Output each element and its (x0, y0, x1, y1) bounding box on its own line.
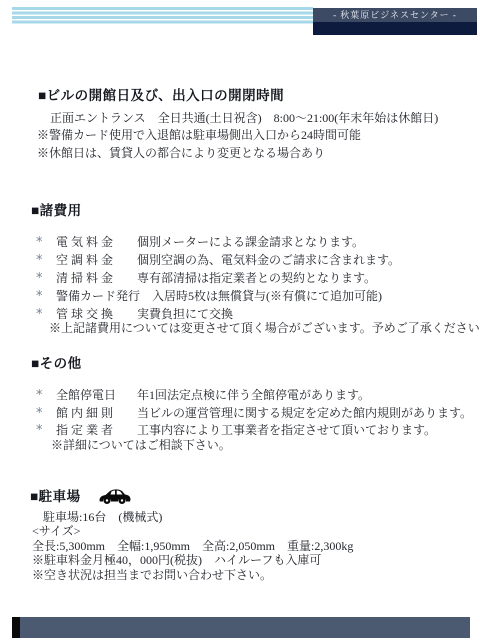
car-icon (98, 487, 132, 510)
hours-text: 正面エントランス 全日共通(土日祝含) 8:00～21:00(年末年始は休館日)… (37, 110, 438, 162)
other-desc: 当ビルの運営管理に関する規定を定めた館内規則があります。 (137, 405, 472, 423)
fee-desc: 個別メーターによる課金請求となります。 (137, 233, 364, 251)
section-heading-fees: ■諸費用 (31, 199, 82, 219)
other-label: 館 内 細 則 (56, 405, 125, 423)
bullet-asterisk-icon: * (36, 387, 56, 405)
section-heading-other: ■その他 (31, 352, 82, 372)
parking-line-fee: ※駐車料金月極40，000円(税抜) ハイルーフも入庫可 (32, 553, 353, 567)
section-heading-hours: ■ビルの開館日及び、出入口の開閉時間 (38, 84, 284, 104)
bullet-asterisk-icon: * (36, 405, 56, 423)
list-item: * 空 調 料 金 個別空調の為、電気料金のご請求に含まれます。 (36, 251, 400, 269)
parking-line-size-header: <サイズ> (32, 524, 353, 538)
parking-line-dimensions: 全長:5,300mm 全幅:1,950mm 全高:2,050mm 重量:2,30… (32, 539, 353, 553)
other-list: * 全館停電日 年1回法定点検に伴う全館停電があります。 * 館 内 細 則 当… (36, 387, 472, 440)
fee-desc: 入居時5枚は無償貸与(※有償にて追加可能) (152, 287, 382, 305)
footer-bar-decoration (12, 617, 470, 638)
other-note: ※詳細についてはご相談下さい。 (51, 436, 231, 453)
hours-line-closed: ※休館日は、賃貸人の都合により変更となる場合あり (37, 145, 438, 162)
bullet-asterisk-icon: * (36, 270, 56, 288)
hours-line-card: ※警備カード使用で入退館は駐車場側出入口から24時間可能 (37, 127, 438, 144)
other-label: 全館停電日 (56, 387, 125, 405)
list-item: * 館 内 細 則 当ビルの運営管理に関する規定を定めた館内規則があります。 (36, 405, 472, 423)
other-desc: 年1回法定点検に伴う全館停電があります。 (137, 387, 370, 405)
parking-line-availability: ※空き状況は担当までお問い合わせ下さい。 (32, 568, 353, 582)
footer-accent-block (12, 617, 20, 638)
bullet-asterisk-icon: * (36, 288, 56, 306)
fee-label: 空 調 料 金 (56, 251, 125, 269)
list-item: * 全館停電日 年1回法定点検に伴う全館停電があります。 (36, 387, 472, 405)
parking-text: 駐車場:16台 (機械式) <サイズ> 全長:5,300mm 全幅:1,950m… (32, 510, 353, 582)
building-title-box: - 秋葉原ビジネスセンター - (313, 8, 477, 35)
parking-line-count: 駐車場:16台 (機械式) (32, 510, 353, 524)
section-heading-parking: ■駐車場 (30, 485, 81, 505)
header-stripes-decoration (12, 7, 313, 25)
fee-label: 電 気 料 金 (56, 233, 125, 251)
fees-list: * 電 気 料 金 個別メーターによる課金請求となります。 * 空 調 料 金 … (36, 233, 400, 323)
building-title: - 秋葉原ビジネスセンター - (313, 8, 477, 22)
bullet-asterisk-icon: * (36, 252, 56, 270)
list-item: * 清 掃 料 金 専有部清掃は指定業者との契約となります。 (36, 269, 400, 287)
list-item: * 電 気 料 金 個別メーターによる課金請求となります。 (36, 233, 400, 251)
bullet-asterisk-icon: * (36, 234, 56, 252)
fee-desc: 専有部清掃は指定業者との契約となります。 (137, 269, 376, 287)
list-item: * 警備カード発行 入居時5枚は無償貸与(※有償にて追加可能) (36, 287, 400, 305)
document-page: - 秋葉原ビジネスセンター - ■ビルの開館日及び、出入口の開閉時間 正面エント… (0, 0, 480, 640)
fee-desc: 個別空調の為、電気料金のご請求に含まれます。 (137, 251, 400, 269)
fee-label: 警備カード発行 (56, 287, 140, 305)
hours-line-entrance: 正面エントランス 全日共通(土日祝含) 8:00～21:00(年末年始は休館日) (37, 110, 438, 127)
building-title-underbar (313, 22, 477, 35)
fees-note: ※上記諸費用については変更させて頂く場合がございます。予めご了承ください。 (49, 319, 480, 336)
fee-label: 清 掃 料 金 (56, 269, 125, 287)
